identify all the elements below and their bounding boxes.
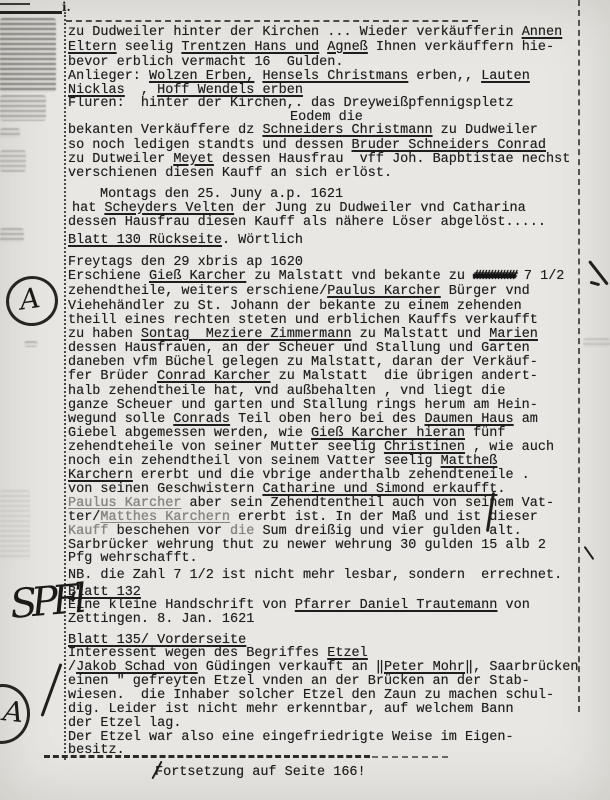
text-line: Montags den 25. Juny a.p. 1621 [100, 187, 343, 202]
text-line: so noch ledigen standts und dessen Brude… [68, 138, 546, 153]
text-line: Fluren: hinter der Kirchen,. das Dreywei… [68, 96, 514, 111]
corner-mark: i. [62, 0, 71, 14]
handwritten-arrow-mark [590, 281, 600, 286]
text-line: NB. die Zahl 7 1/2 ist nicht mehr lesbar… [68, 568, 562, 583]
text-line: von seinen Geschwistern Catharine und Si… [68, 482, 506, 497]
text-line: Eltern seelig Trentzen Hans und Agneß Ih… [68, 40, 554, 55]
photocopy-smudge [0, 18, 56, 92]
text-line: noch ein zehendtheil von seinem Vatter s… [68, 454, 497, 469]
scanned-document-page: i. zu Dudweiler hinter der Kirchen ... W… [0, 0, 610, 800]
photocopy-smudge [0, 490, 30, 560]
handwritten-letter-a: A [18, 284, 42, 315]
text-line: theill eines rechten steten und erbliche… [68, 313, 538, 328]
text-line: zu Dudweiler hinter der Kirchen ... Wied… [68, 25, 562, 40]
text-line: zu Dutweiler Meyet dessen Hausfrau vff J… [68, 152, 570, 167]
text-line: Eine kleine Handschrift von Pfarrer Dani… [68, 598, 530, 613]
photocopy-smudge [0, 228, 24, 242]
text-line: ter/Matthes Karchern ererbt ist. In der … [68, 510, 538, 525]
photocopy-smudge [0, 95, 46, 121]
text-line: Der Etzel war also eine eingefriedrigte … [68, 730, 514, 745]
photocopy-smudge [0, 150, 26, 172]
text-line: Kauff beschehen vor die Sum dreißig und … [68, 524, 522, 539]
handwritten-slash [41, 663, 63, 717]
text-line: der Etzel lag. [68, 716, 181, 731]
text-line: Zettingen. 8. Jan. 1621 [68, 612, 254, 627]
text-line: einen " gefreyten Etzel vnden an der Brü… [68, 674, 530, 689]
text-line: Paulus Karcher aber sein Zehendtentheil … [68, 496, 554, 511]
text-line: Pfg wehrschafft. [68, 551, 198, 566]
text-line: zehendteheile von seiner Mutter seelig C… [68, 440, 554, 455]
text-line: dessen Hausfrauen, an der Scheuer und St… [68, 341, 530, 356]
handwritten-letter-a: A [2, 697, 25, 727]
photocopy-smudge [0, 128, 20, 138]
text-line: Giebel abgemessen werden, wie Gieß Karch… [68, 426, 506, 441]
text-line: Anlieger: Wolzen Erben, Hensels Christma… [68, 69, 530, 84]
photocopy-smudge [24, 341, 38, 347]
text-line: hat Scheyders Velten der Jung zu Dudweil… [72, 201, 526, 216]
text-line: bevor erblich vermacht 16 Gulden. [68, 55, 343, 70]
text-line: /Jakob Schad von Güdingen verkauft an ‖P… [68, 660, 578, 675]
bottom-dashed-rule-2 [372, 756, 448, 758]
top-dashed-rule [66, 20, 478, 22]
handwritten-circled-a-bottom: A [0, 681, 33, 747]
text-line: bekanten Verkäuffere dz Schneiders Chris… [68, 123, 538, 138]
text-line: ganze Scheuer und garten und Stallung ri… [68, 398, 538, 413]
text-line: besitz. [68, 743, 125, 758]
text-line: daneben vfm Büchel gelegen zu Malstatt, … [68, 355, 538, 370]
text-line: Freytags den 29 xbris ap 1620 [68, 255, 303, 270]
text-line: Karchern ererbt und die vbrige anderthal… [68, 468, 530, 483]
text-line: verschienen diesen Kauff an sich erlöst. [68, 166, 392, 181]
text-line: fer Brüder Conrad Karcher zu Malstatt di… [68, 369, 538, 384]
text-line: Erschiene Gieß Karcher zu Malstatt vnd b… [68, 269, 564, 284]
text-line: wegund solle Conrads Teil oben hero bei … [68, 412, 538, 427]
handwritten-monogram: SPFl [8, 579, 82, 625]
text-line: dessen Hausfrau diesen Kauff als nähere … [68, 215, 546, 230]
photocopy-smudge [583, 338, 610, 348]
left-margin-rule [64, 12, 66, 760]
top-left-rule-2 [0, 11, 62, 14]
text-line: Blatt 130 Rückseite. Wörtlich [68, 233, 303, 248]
text-line: dig. Leider ist nicht mehr erkenntbar, a… [68, 702, 514, 717]
text-line: zehendtheile, weiters erschiene/Paulus K… [68, 284, 530, 299]
handwritten-circled-a-top: A [3, 273, 61, 330]
text-line: Interessent wegen des Begriffes Etzel [68, 646, 368, 661]
handwritten-tick [584, 546, 595, 560]
text-line: halb zehendtheile hat, vnd außbehalten ,… [68, 384, 505, 399]
footer-note: Fortsetzung auf Seite 166! [155, 765, 366, 780]
text-line: wiesen. die Inhaber solcher Etzel den Za… [68, 688, 554, 703]
top-left-rule [0, 3, 30, 5]
right-margin-rule [578, 0, 580, 712]
text-line: Viehehändler zu St. Johann der bekante z… [68, 299, 522, 314]
text-line: zu haben Sontag Meziere Zimmermann zu Ma… [68, 327, 538, 342]
